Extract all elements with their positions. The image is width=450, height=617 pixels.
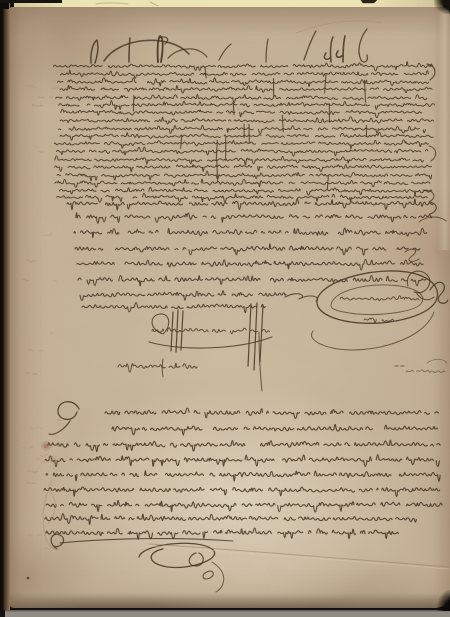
page-edge-highlight — [438, 10, 450, 250]
underlying-page-edge — [14, 0, 443, 7]
scan-bed-strip — [5, 610, 450, 617]
top-edge-shadow — [0, 0, 62, 3]
binding-edge — [0, 0, 10, 610]
manuscript-scan — [0, 0, 450, 617]
corner-shadow-top-right — [434, 0, 450, 14]
corner-shadow-bottom-right — [437, 590, 450, 611]
manuscript-page — [9, 7, 450, 608]
